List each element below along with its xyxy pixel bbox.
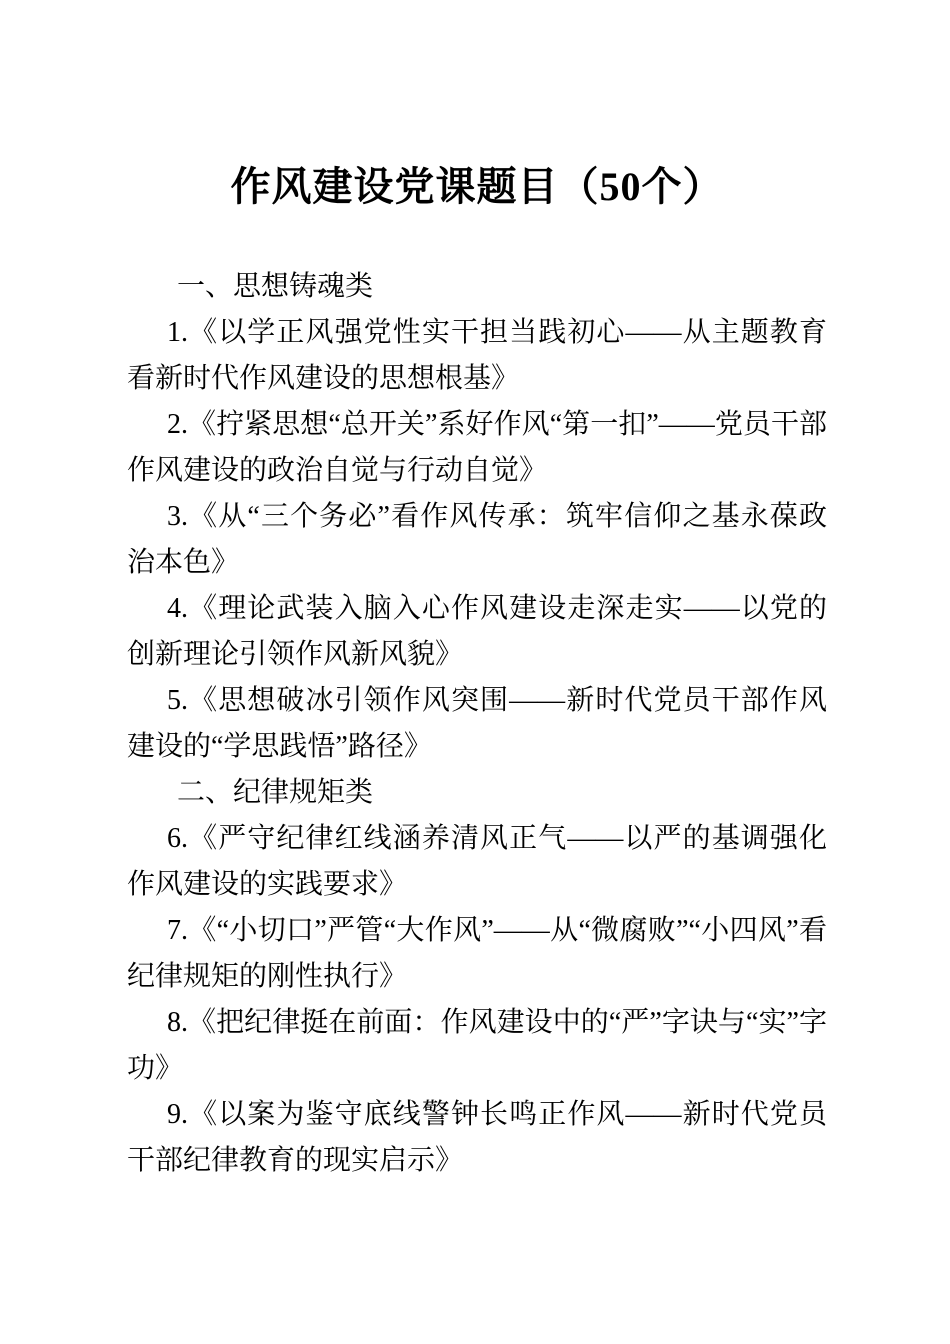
topic-item-1: 1.《以学正风强党性实干担当践初心——从主题教育看新时代作风建设的思想根基》	[127, 310, 827, 402]
topic-item-2: 2.《拧紧思想“总开关”系好作风“第一扣”——党员干部作风建设的政治自觉与行动自…	[127, 402, 827, 494]
topic-item-9: 9.《以案为鉴守底线警钟长鸣正作风——新时代党员干部纪律教育的现实启示》	[127, 1092, 827, 1184]
document-page: 作风建设党课题目（50个） 一、思想铸魂类 1.《以学正风强党性实干担当践初心—…	[0, 0, 950, 1344]
topic-item-8: 8.《把纪律挺在前面：作风建设中的“严”字诀与“实”字功》	[127, 1000, 827, 1092]
topic-item-7: 7.《“小切口”严管“大作风”——从“微腐败”“小四风”看纪律规矩的刚性执行》	[127, 908, 827, 1000]
section-heading-discipline: 二、纪律规矩类	[127, 770, 827, 816]
topic-item-3: 3.《从“三个务必”看作风传承：筑牢信仰之基永葆政治本色》	[127, 494, 827, 586]
topic-item-4: 4.《理论武装入脑入心作风建设走深走实——以党的创新理论引领作风新风貌》	[127, 586, 827, 678]
topic-item-6: 6.《严守纪律红线涵养清风正气——以严的基调强化作风建设的实践要求》	[127, 816, 827, 908]
section-heading-ideology: 一、思想铸魂类	[127, 264, 827, 310]
topic-item-5: 5.《思想破冰引领作风突围——新时代党员干部作风建设的“学思践悟”路径》	[127, 678, 827, 770]
document-title: 作风建设党课题目（50个）	[127, 158, 827, 216]
